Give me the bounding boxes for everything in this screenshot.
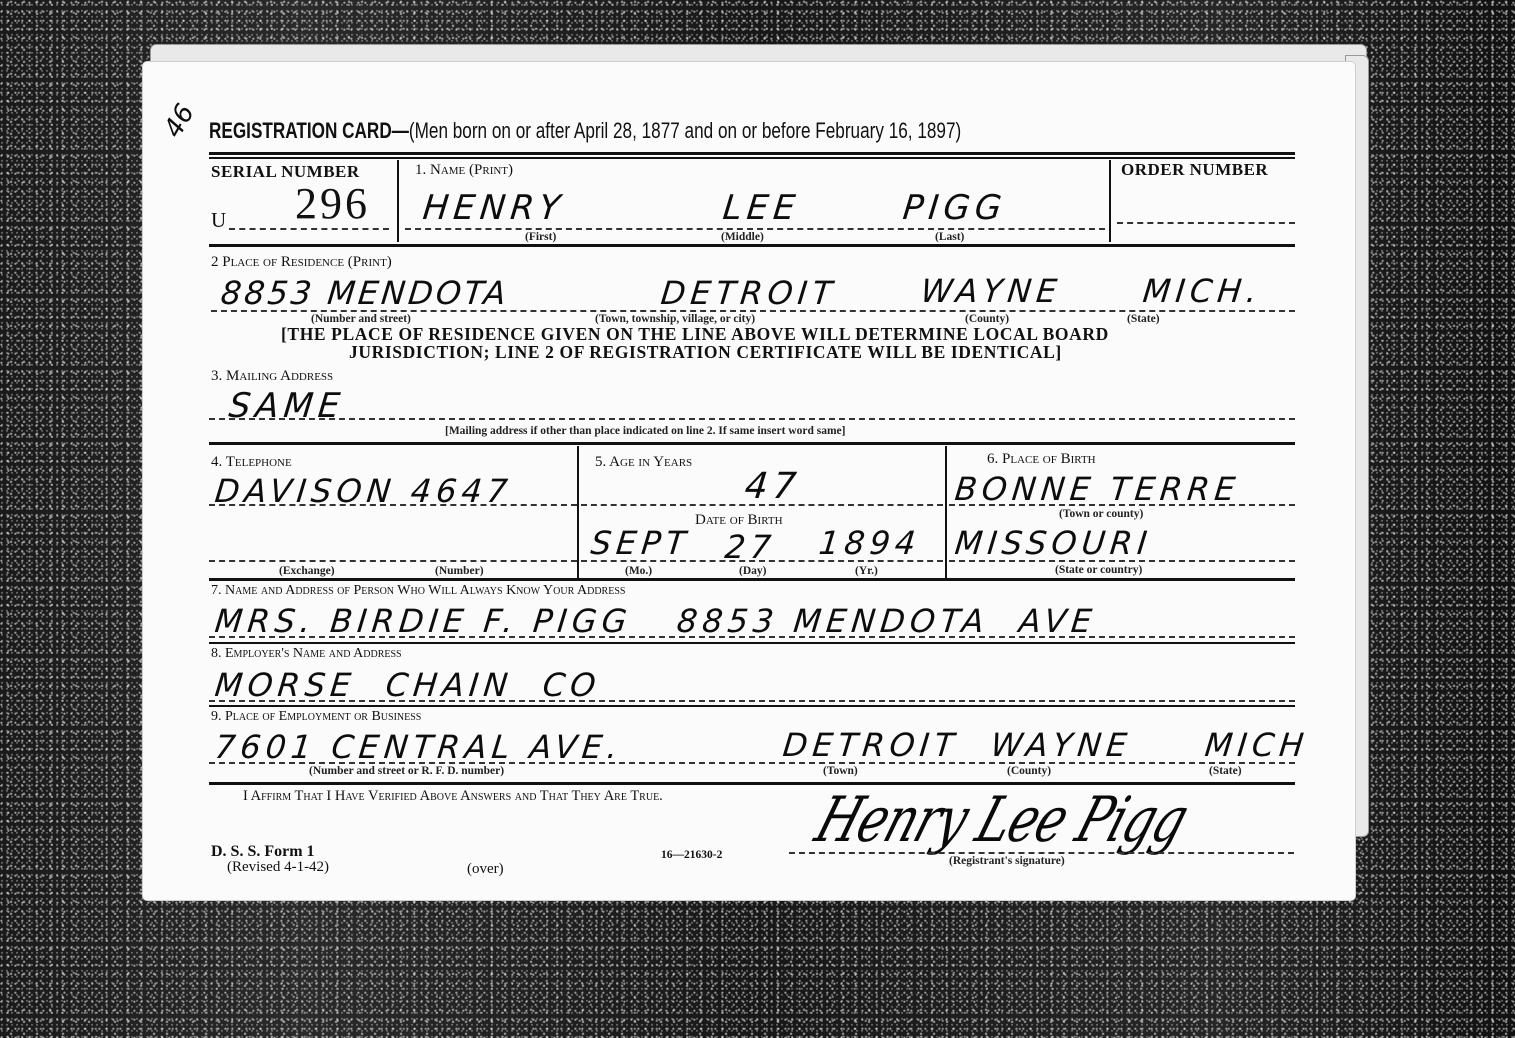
- residence-county[interactable]: WAYNE: [919, 272, 1064, 310]
- birthplace-state-underline: [949, 560, 1295, 562]
- name-last-caption: (Last): [935, 231, 964, 243]
- residence-state[interactable]: MICH.: [1141, 272, 1264, 310]
- name-middle[interactable]: LEE: [721, 188, 802, 228]
- telephone-underline: [209, 504, 577, 506]
- telephone-exchange-caption: (Exchange): [279, 565, 335, 577]
- employment-underline: [209, 762, 1295, 764]
- mailing-value[interactable]: SAME: [227, 386, 347, 426]
- residence-notice-line2: JURISDICTION; LINE 2 OF REGISTRATION CER…: [349, 342, 1062, 363]
- order-number-value[interactable]: [1123, 192, 1293, 222]
- dob-label: Date of Birth: [695, 512, 783, 529]
- affirmation-text: I Affirm That I Have Verified Above Answ…: [243, 788, 663, 805]
- birthplace-state-caption: (State or country): [1055, 564, 1142, 576]
- employment-state[interactable]: MICH: [1203, 726, 1310, 764]
- name-underline: [405, 228, 1105, 230]
- mailing-underline: [209, 418, 1295, 420]
- serial-underline: [229, 228, 389, 230]
- employment-town-caption: (Town): [823, 765, 858, 777]
- age-underline: [581, 504, 943, 506]
- employment-place-label: 9. Place of Employment or Business: [211, 709, 421, 725]
- telephone-label: 4. Telephone: [211, 454, 292, 471]
- serial-number-value: 296: [295, 178, 370, 229]
- employment-county-caption: (County): [1007, 765, 1051, 777]
- col-divider-2: [945, 446, 947, 578]
- order-divider: [1109, 160, 1111, 242]
- print-code: 16—21630-2: [661, 849, 722, 861]
- dob-month-caption: (Mo.): [625, 565, 652, 577]
- dob-month[interactable]: SEPT: [589, 524, 692, 562]
- signature-underline: [789, 852, 1294, 854]
- signature-caption: (Registrant's signature): [949, 855, 1065, 867]
- employment-county[interactable]: WAYNE: [989, 726, 1134, 764]
- order-underline: [1117, 222, 1295, 224]
- employment-state-caption: (State): [1209, 765, 1242, 777]
- birthplace-town[interactable]: BONNE TERRE: [953, 470, 1242, 508]
- order-number-label: ORDER NUMBER: [1121, 160, 1268, 180]
- age-label: 5. Age in Years: [595, 454, 692, 471]
- serial-divider: [397, 160, 399, 242]
- row8-rule: [209, 705, 1295, 707]
- row1-rule: [209, 244, 1295, 247]
- telephone-number-caption: (Number): [435, 565, 484, 577]
- name-first[interactable]: HENRY: [421, 188, 567, 228]
- registration-card: 46 REGISTRATION CARD—(Men born on or aft…: [143, 62, 1355, 900]
- name-label: 1. Name (Print): [415, 162, 513, 179]
- registrant-signature[interactable]: Henry Lee Pigg: [807, 784, 1196, 857]
- employment-street[interactable]: 7601 CENTRAL AVE.: [213, 728, 624, 766]
- dob-year[interactable]: 1894: [817, 524, 922, 562]
- dob-year-caption: (Yr.): [855, 565, 878, 577]
- name-middle-caption: (Middle): [721, 231, 764, 243]
- card-title: REGISTRATION CARD—(Men born on or after …: [209, 118, 961, 144]
- employer-label: 8. Employer's Name and Address: [211, 646, 402, 662]
- row4-rule: [209, 578, 1295, 581]
- age-value[interactable]: 47: [743, 466, 803, 507]
- dob-day-caption: (Day): [739, 565, 766, 577]
- dob-underline: [581, 560, 943, 562]
- residence-street[interactable]: 8853 MENDOTA: [219, 274, 511, 312]
- employer-underline: [209, 700, 1295, 702]
- birthplace-state[interactable]: MISSOURI: [953, 524, 1154, 562]
- employment-street-caption: (Number and street or R. F. D. number): [309, 765, 504, 777]
- form-revised: (Revised 4-1-42): [227, 859, 329, 876]
- mailing-caption: [Mailing address if other than place ind…: [445, 425, 845, 437]
- birthplace-town-underline: [949, 504, 1295, 506]
- mailing-label: 3. Mailing Address: [211, 368, 333, 385]
- corner-mark: 46: [158, 99, 201, 143]
- name-last[interactable]: PIGG: [901, 188, 1008, 228]
- employment-town[interactable]: DETROIT: [781, 726, 961, 764]
- title-rule: [209, 152, 1295, 155]
- row3-rule: [209, 442, 1295, 445]
- title-rule-2: [209, 157, 1295, 159]
- contact-underline: [209, 636, 1295, 638]
- serial-prefix: U: [211, 208, 226, 233]
- contact-label: 7. Name and Address of Person Who Will A…: [211, 583, 625, 599]
- birthplace-town-caption: (Town or county): [1059, 508, 1143, 520]
- residence-underline: [211, 310, 1295, 312]
- residence-state-caption: (State): [1127, 313, 1160, 325]
- name-first-caption: (First): [525, 231, 556, 243]
- row7-rule: [209, 642, 1295, 644]
- over-note: (over): [467, 861, 504, 878]
- card-title-main: REGISTRATION CARD—: [209, 118, 409, 143]
- contact-value[interactable]: MRS. BIRDIE F. PIGG 8853 MENDOTA AVE: [213, 602, 1099, 640]
- col-divider-1: [577, 446, 579, 578]
- residence-town[interactable]: DETROIT: [659, 274, 839, 312]
- birthplace-label: 6. Place of Birth: [987, 451, 1096, 468]
- employer-value[interactable]: MORSE CHAIN CO: [213, 666, 602, 704]
- telephone-underline-2: [209, 560, 577, 562]
- residence-label: 2 Place of Residence (Print): [211, 254, 392, 271]
- card-title-eligibility: (Men born on or after April 28, 1877 and…: [409, 118, 961, 143]
